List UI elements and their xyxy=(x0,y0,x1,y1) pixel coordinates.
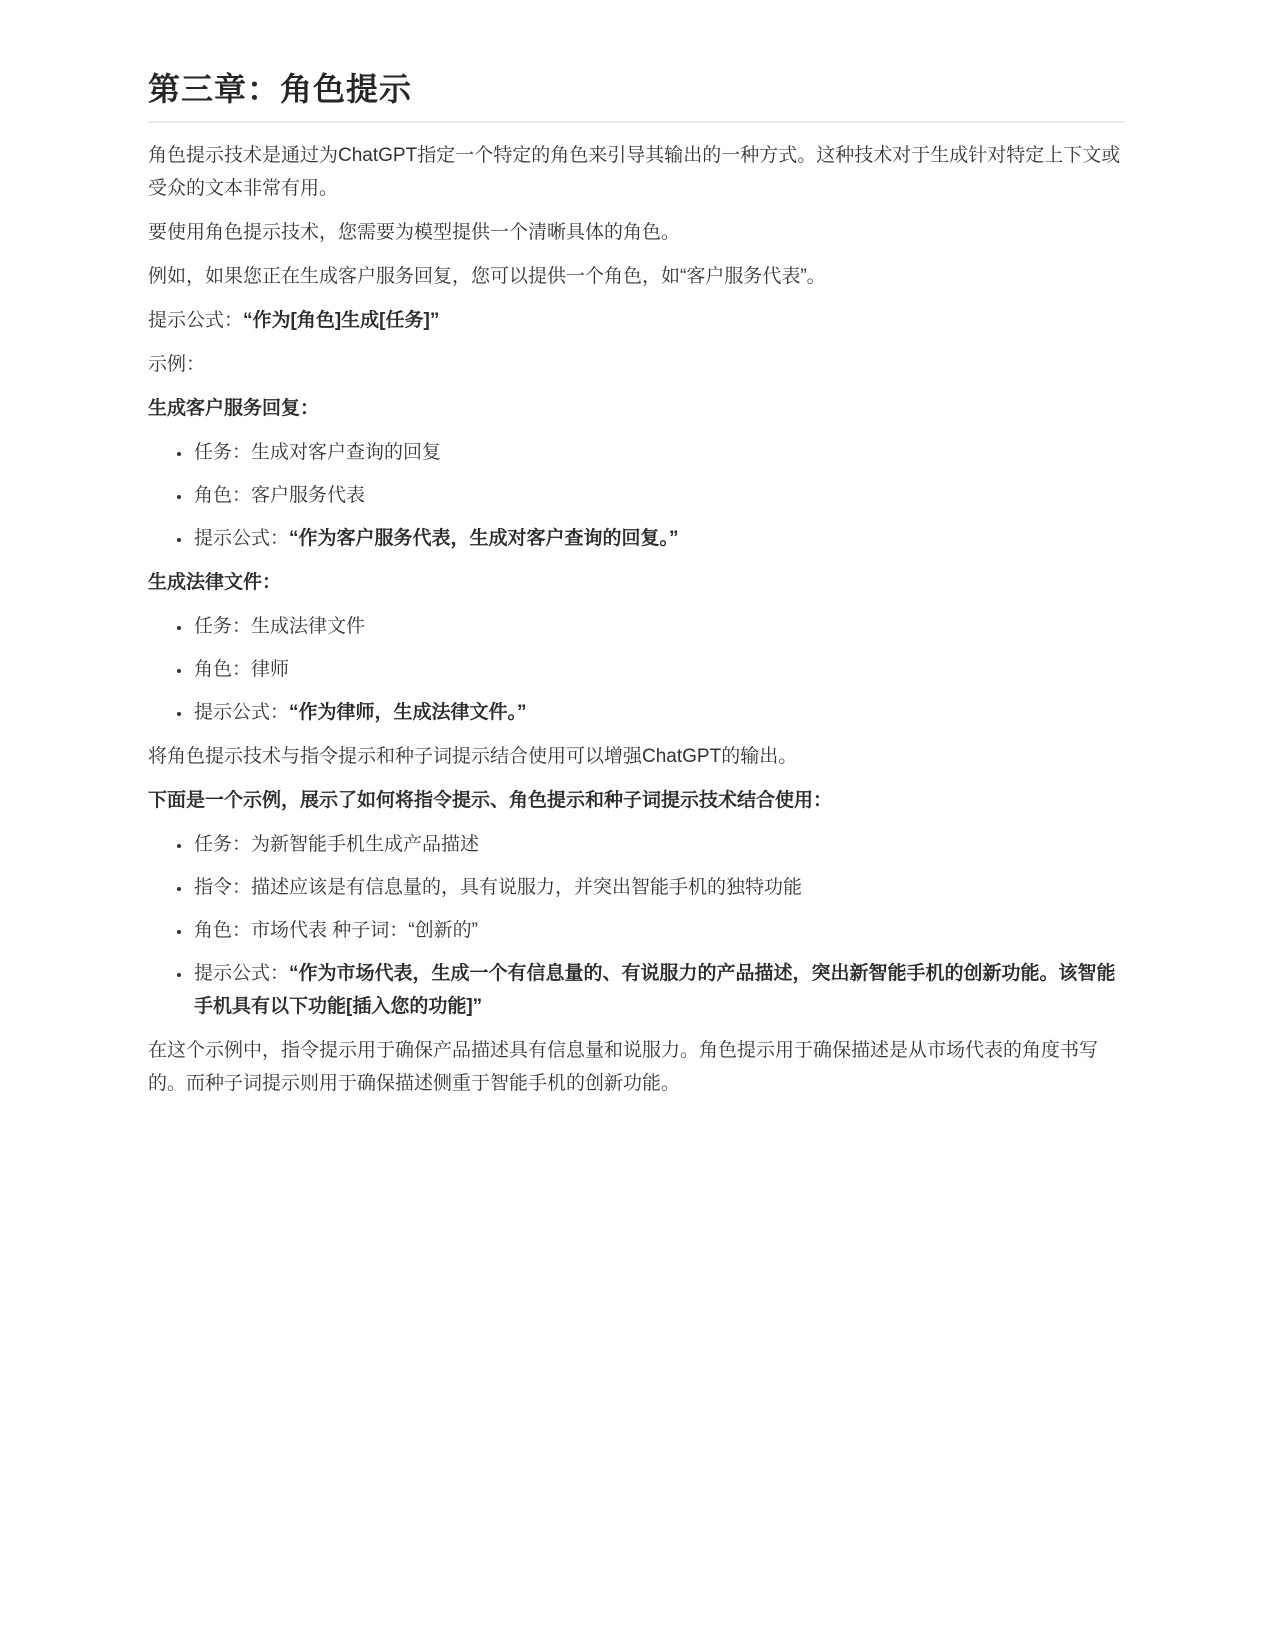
list-item-task: 任务：生成法律文件 xyxy=(192,610,1125,643)
paragraph-intro: 角色提示技术是通过为ChatGPT指定一个特定的角色来引导其输出的一种方式。这种… xyxy=(148,139,1125,205)
list-item-instruction: 指令：描述应该是有信息量的，具有说服力，并突出智能手机的独特功能 xyxy=(192,871,1125,904)
paragraph-usage: 要使用角色提示技术，您需要为模型提供一个清晰具体的角色。 xyxy=(148,216,1125,249)
list-item-text: 提示公式： xyxy=(194,702,289,723)
paragraph-conclusion: 在这个示例中，指令提示用于确保产品描述具有信息量和说服力。角色提示用于确保描述是… xyxy=(148,1034,1125,1100)
list-item-text: 提示公式： xyxy=(194,528,289,549)
list-item-role: 角色：客户服务代表 xyxy=(192,479,1125,512)
list-item-text: 任务：为新智能手机生成产品描述 xyxy=(194,834,479,855)
page-title: 第三章：角色提示 xyxy=(148,72,1125,123)
section-heading-customer-service: 生成客户服务回复： xyxy=(148,392,1125,425)
list-item-text: 角色：律师 xyxy=(194,659,289,680)
list-legal-document: 任务：生成法律文件 角色：律师 提示公式：“作为律师，生成法律文件。” xyxy=(148,610,1125,729)
list-item-formula: 提示公式：“作为律师，生成法律文件。” xyxy=(192,696,1125,729)
list-item-text: 指令：描述应该是有信息量的，具有说服力，并突出智能手机的独特功能 xyxy=(194,877,802,898)
list-combined-example: 任务：为新智能手机生成产品描述 指令：描述应该是有信息量的，具有说服力，并突出智… xyxy=(148,828,1125,1023)
list-item-formula: 提示公式：“作为客户服务代表，生成对客户查询的回复。” xyxy=(192,522,1125,555)
list-customer-service: 任务：生成对客户查询的回复 角色：客户服务代表 提示公式：“作为客户服务代表，生… xyxy=(148,436,1125,555)
list-item-role-seed: 角色：市场代表 种子词：“创新的” xyxy=(192,914,1125,947)
list-item-quote: “作为市场代表，生成一个有信息量的、有说服力的产品描述，突出新智能手机的创新功能… xyxy=(194,963,1116,1017)
formula-value: “作为[角色]生成[任务]” xyxy=(243,310,439,331)
list-item-quote: “作为客户服务代表，生成对客户查询的回复。” xyxy=(289,528,679,549)
paragraph-formula: 提示公式：“作为[角色]生成[任务]” xyxy=(148,304,1125,337)
list-item-quote: “作为律师，生成法律文件。” xyxy=(289,702,527,723)
list-item-task: 任务：为新智能手机生成产品描述 xyxy=(192,828,1125,861)
paragraph-example-note: 例如，如果您正在生成客户服务回复，您可以提供一个角色，如“客户服务代表”。 xyxy=(148,260,1125,293)
list-item-formula: 提示公式：“作为市场代表，生成一个有信息量的、有说服力的产品描述，突出新智能手机… xyxy=(192,957,1125,1023)
list-item-text: 提示公式： xyxy=(194,963,289,984)
list-item-text: 任务：生成法律文件 xyxy=(194,616,365,637)
document-body: 角色提示技术是通过为ChatGPT指定一个特定的角色来引导其输出的一种方式。这种… xyxy=(148,139,1125,1100)
paragraph-combined-heading: 下面是一个示例，展示了如何将指令提示、角色提示和种子词提示技术结合使用： xyxy=(148,784,1125,817)
list-item-task: 任务：生成对客户查询的回复 xyxy=(192,436,1125,469)
list-item-text: 任务：生成对客户查询的回复 xyxy=(194,442,441,463)
list-item-text: 角色：客户服务代表 xyxy=(194,485,365,506)
section-heading-legal-document: 生成法律文件： xyxy=(148,566,1125,599)
formula-label: 提示公式： xyxy=(148,310,243,331)
paragraph-combine-note: 将角色提示技术与指令提示和种子词提示结合使用可以增强ChatGPT的输出。 xyxy=(148,740,1125,773)
document-page: 第三章：角色提示 角色提示技术是通过为ChatGPT指定一个特定的角色来引导其输… xyxy=(0,0,1275,1100)
list-item-role: 角色：律师 xyxy=(192,653,1125,686)
list-item-text: 角色：市场代表 种子词：“创新的” xyxy=(194,920,478,941)
paragraph-examples-label: 示例： xyxy=(148,348,1125,381)
